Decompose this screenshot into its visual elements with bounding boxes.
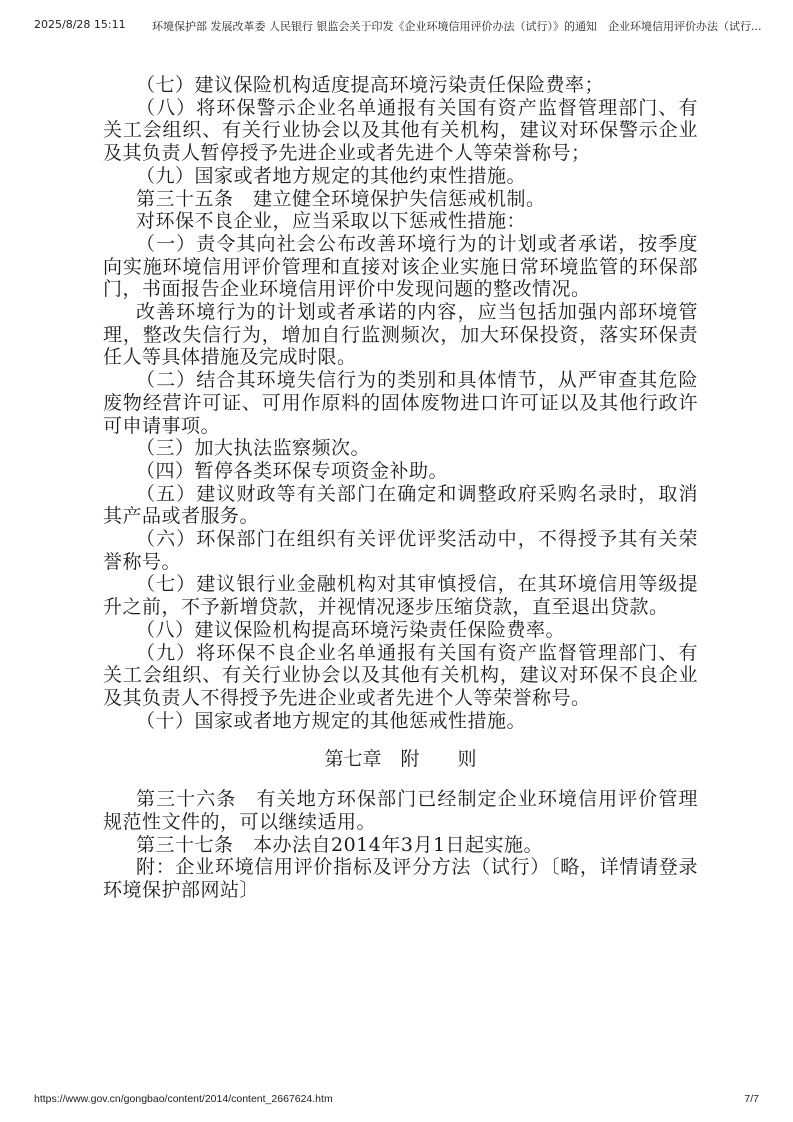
- paragraph: 改善环境行为的计划或者承诺的内容，应当包括加强内部环境管理，整改失信行为，增加自…: [103, 301, 698, 369]
- chapter-heading: 第七章 附 则: [103, 748, 698, 771]
- article-paragraph: 第三十六条 有关地方环保部门已经制定企业环境信用评价管理规范性文件的，可以继续适…: [103, 788, 698, 833]
- paragraph: （一）责令其向社会公布改善环境行为的计划或者承诺，按季度向实施环境信用评价管理和…: [103, 233, 698, 301]
- article-heading: 第三十五条 建立健全环境保护失信惩戒机制。: [103, 188, 698, 211]
- paragraph: （七）建议银行业金融机构对其审慎授信，在其环境信用等级提升之前，不予新增贷款，并…: [103, 573, 698, 618]
- paragraph: （五）建议财政等有关部门在确定和调整政府采购名录时，取消其产品或者服务。: [103, 483, 698, 528]
- paragraph: （九）国家或者地方规定的其他约束性措施。: [103, 165, 698, 188]
- document-body: （七）建议保险机构适度提高环境污染责任保险费率； （八）将环保警示企业名单通报有…: [103, 74, 698, 902]
- article-paragraph: 第三十七条 本办法自2014年3月1日起实施。: [103, 834, 698, 857]
- paragraph: （十）国家或者地方规定的其他惩戒性措施。: [103, 710, 698, 733]
- paragraph: （六）环保部门在组织有关评优评奖活动中，不得授予其有关荣誉称号。: [103, 528, 698, 573]
- source-url: https://www.gov.cn/gongbao/content/2014/…: [34, 1093, 333, 1105]
- paragraph: 对环保不良企业，应当采取以下惩戒性措施：: [103, 210, 698, 233]
- paragraph: （八）建议保险机构提高环境污染责任保险费率。: [103, 619, 698, 642]
- paragraph: （三）加大执法监察频次。: [103, 437, 698, 460]
- paragraph: （七）建议保险机构适度提高环境污染责任保险费率；: [103, 74, 698, 97]
- paragraph: （九）将环保不良企业名单通报有关国有资产监督管理部门、有关工会组织、有关行业协会…: [103, 642, 698, 710]
- paragraph: （八）将环保警示企业名单通报有关国有资产监督管理部门、有关工会组织、有关行业协会…: [103, 97, 698, 165]
- print-document-title: 企业环境信用评价办法（试行...: [608, 18, 762, 34]
- print-header: 2025/8/28 15:11 环境保护部 发展改革委 人民银行 银监会关于印发…: [0, 18, 793, 34]
- print-page-title: 环境保护部 发展改革委 人民银行 银监会关于印发《企业环境信用评价办法（试行）》…: [152, 18, 597, 34]
- print-datetime: 2025/8/28 15:11: [34, 18, 126, 31]
- page-number: 7/7: [744, 1093, 759, 1105]
- appendix-note: 附：企业环境信用评价指标及评分方法（试行）〔略，详情请登录环境保护部网站〕: [103, 856, 698, 901]
- print-footer: https://www.gov.cn/gongbao/content/2014/…: [0, 1093, 793, 1107]
- paragraph: （二）结合其环境失信行为的类别和具体情节，从严审查其危险废物经营许可证、可用作原…: [103, 369, 698, 437]
- paragraph: （四）暂停各类环保专项资金补助。: [103, 460, 698, 483]
